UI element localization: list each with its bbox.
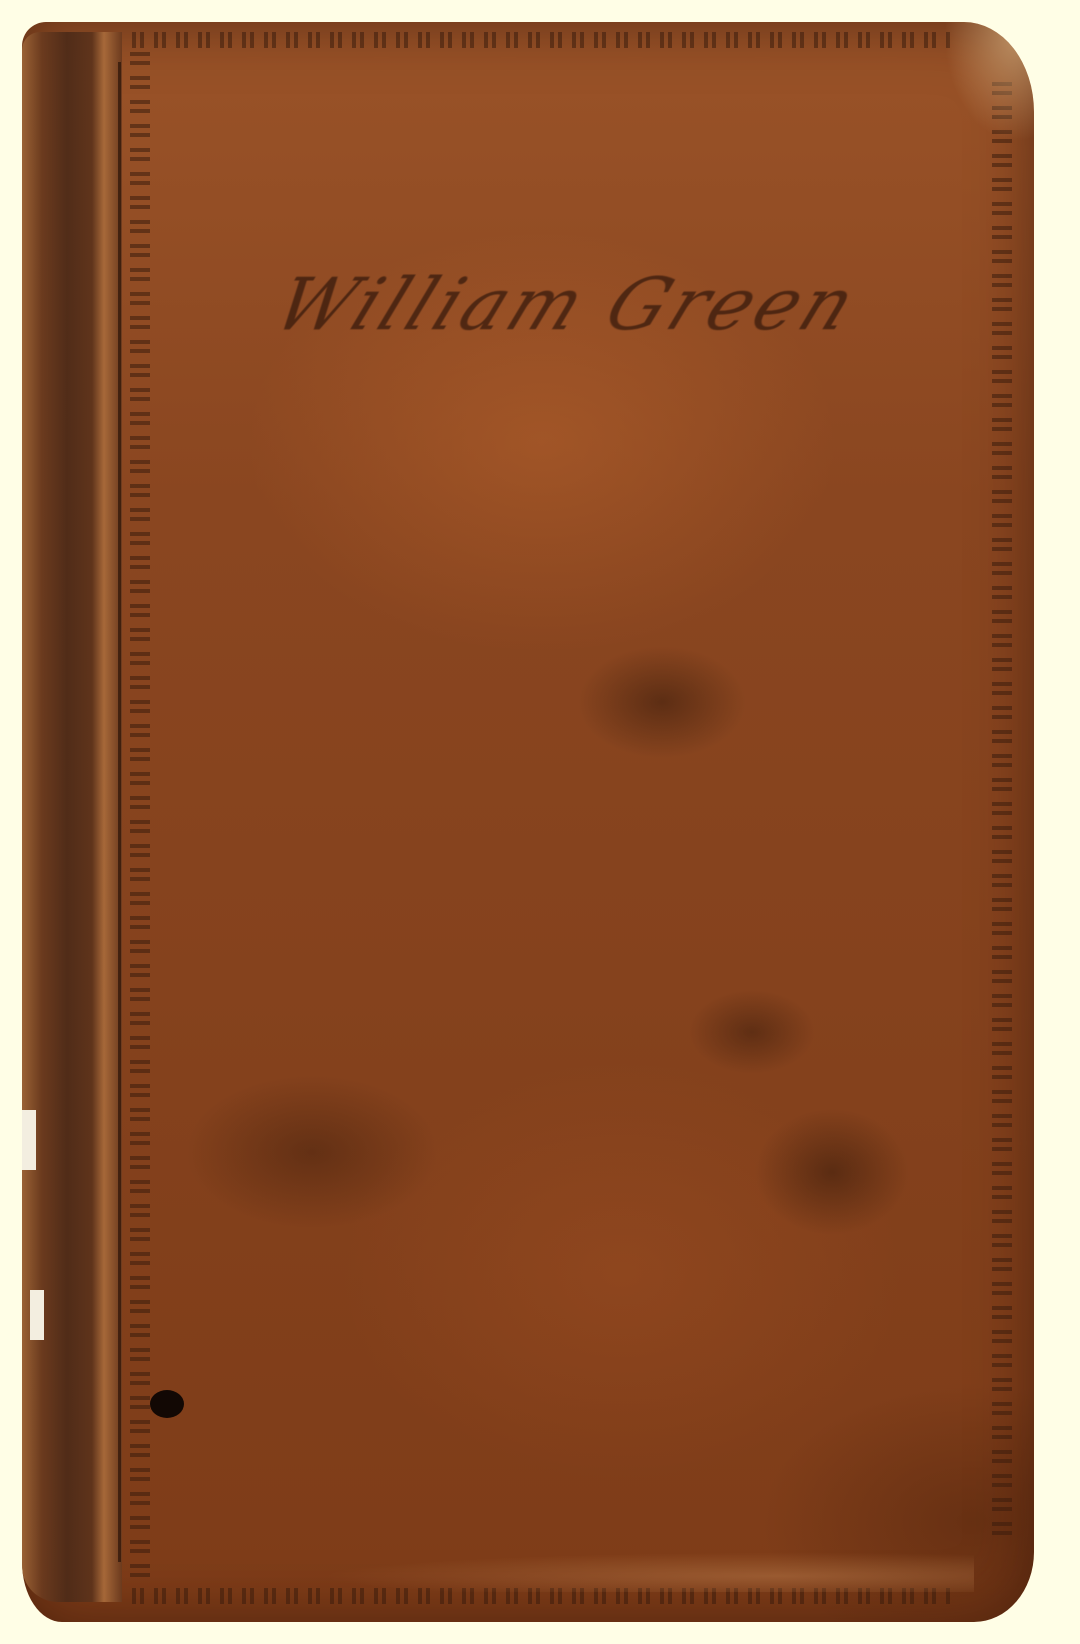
handwritten-inscription: William Green — [263, 262, 871, 346]
greek-key-border-left — [130, 52, 150, 1582]
spine-crack — [118, 62, 121, 1562]
exposed-paper — [30, 1290, 44, 1340]
edge-wear — [322, 1552, 974, 1592]
corner-wear — [944, 22, 1034, 142]
greek-key-border-top — [132, 32, 954, 48]
greek-key-border-right — [992, 82, 1012, 1542]
exposed-paper — [22, 1110, 36, 1170]
dark-stain — [150, 1390, 184, 1418]
book-cover: William Green — [22, 22, 1034, 1622]
book-spine — [22, 32, 122, 1602]
